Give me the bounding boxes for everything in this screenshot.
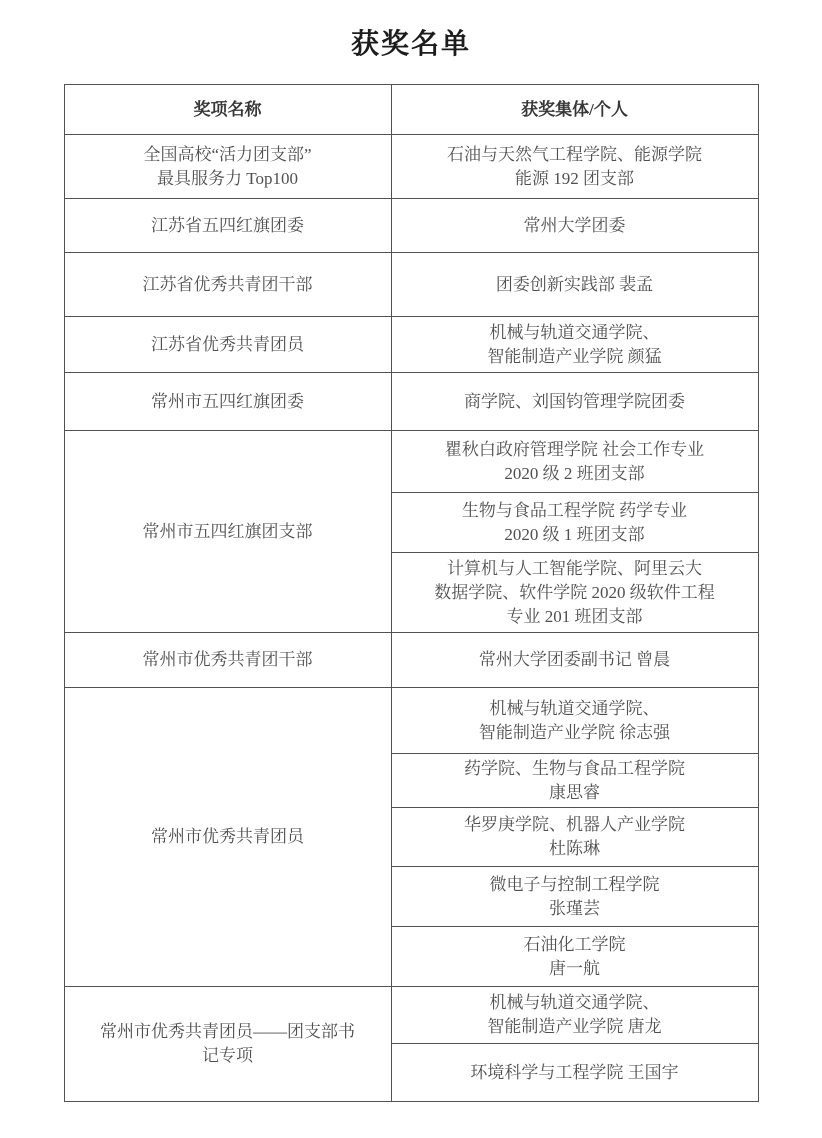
award-name-cell: 江苏省优秀共青团干部: [64, 253, 391, 317]
table-row: 江苏省优秀共青团员 机械与轨道交通学院、 智能制造产业学院 颜猛: [64, 317, 758, 373]
column-header-recipient: 获奖集体/个人: [391, 85, 758, 135]
document-page: 获奖名单 奖项名称 获奖集体/个人 全国高校“活力团支部” 最具服务力 Top1…: [0, 0, 822, 1138]
award-name-cell: 常州市五四红旗团支部: [64, 431, 391, 633]
awards-table: 奖项名称 获奖集体/个人 全国高校“活力团支部” 最具服务力 Top100 石油…: [64, 84, 759, 1102]
award-name-cell: 常州市五四红旗团委: [64, 373, 391, 431]
table-row: 常州市五四红旗团委 商学院、刘国钧管理学院团委: [64, 373, 758, 431]
recipient-cell: 华罗庚学院、机器人产业学院 杜陈琳: [391, 808, 758, 867]
table-row: 常州市优秀共青团员——团支部书 记专项 机械与轨道交通学院、 智能制造产业学院 …: [64, 987, 758, 1044]
recipient-cell: 商学院、刘国钧管理学院团委: [391, 373, 758, 431]
table-row: 全国高校“活力团支部” 最具服务力 Top100 石油与天然气工程学院、能源学院…: [64, 135, 758, 199]
page-title: 获奖名单: [0, 0, 822, 64]
recipient-cell: 团委创新实践部 裴孟: [391, 253, 758, 317]
recipient-cell: 常州大学团委副书记 曾晨: [391, 633, 758, 688]
recipient-cell: 石油化工学院 唐一航: [391, 927, 758, 987]
table-row: 常州市优秀共青团员 机械与轨道交通学院、 智能制造产业学院 徐志强: [64, 688, 758, 754]
column-header-award-name: 奖项名称: [64, 85, 391, 135]
award-name-cell: 常州市优秀共青团员——团支部书 记专项: [64, 987, 391, 1102]
recipient-cell: 环境科学与工程学院 王国宇: [391, 1044, 758, 1102]
recipient-cell: 常州大学团委: [391, 199, 758, 253]
table-row: 常州市五四红旗团支部 瞿秋白政府管理学院 社会工作专业 2020 级 2 班团支…: [64, 431, 758, 493]
award-name-cell: 常州市优秀共青团干部: [64, 633, 391, 688]
recipient-cell: 计算机与人工智能学院、阿里云大 数据学院、软件学院 2020 级软件工程 专业 …: [391, 553, 758, 633]
recipient-cell: 机械与轨道交通学院、 智能制造产业学院 唐龙: [391, 987, 758, 1044]
recipient-cell: 石油与天然气工程学院、能源学院 能源 192 团支部: [391, 135, 758, 199]
award-name-cell: 全国高校“活力团支部” 最具服务力 Top100: [64, 135, 391, 199]
award-name-cell: 常州市优秀共青团员: [64, 688, 391, 987]
recipient-cell: 机械与轨道交通学院、 智能制造产业学院 徐志强: [391, 688, 758, 754]
table-row: 江苏省优秀共青团干部 团委创新实践部 裴孟: [64, 253, 758, 317]
recipient-cell: 机械与轨道交通学院、 智能制造产业学院 颜猛: [391, 317, 758, 373]
table-row: 常州市优秀共青团干部 常州大学团委副书记 曾晨: [64, 633, 758, 688]
recipient-cell: 药学院、生物与食品工程学院 康思睿: [391, 754, 758, 808]
recipient-cell: 瞿秋白政府管理学院 社会工作专业 2020 级 2 班团支部: [391, 431, 758, 493]
recipient-cell: 微电子与控制工程学院 张瑾芸: [391, 867, 758, 927]
award-name-cell: 江苏省五四红旗团委: [64, 199, 391, 253]
award-name-cell: 江苏省优秀共青团员: [64, 317, 391, 373]
table-header-row: 奖项名称 获奖集体/个人: [64, 85, 758, 135]
table-row: 江苏省五四红旗团委 常州大学团委: [64, 199, 758, 253]
recipient-cell: 生物与食品工程学院 药学专业 2020 级 1 班团支部: [391, 493, 758, 553]
